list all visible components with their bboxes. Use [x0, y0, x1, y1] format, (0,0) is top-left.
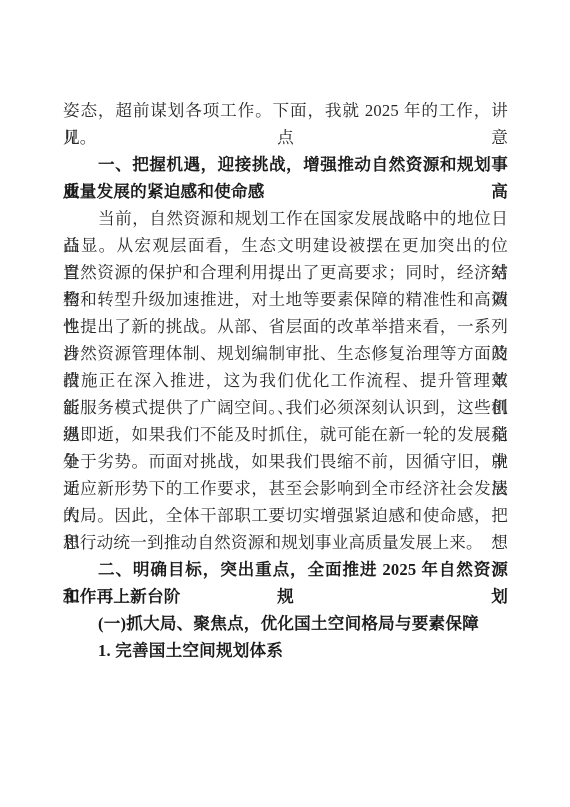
- heading-line: 一、把握机遇，迎接挑战，增强推动自然资源和规划事业高: [63, 151, 508, 178]
- heading-line: 二、明确目标，突出重点，全面推进 2025 年自然资源和规划: [63, 556, 508, 583]
- text-line: 适应新形势下的工作要求，甚至会影响到全市经济社会发展的: [63, 475, 508, 502]
- text-line: 当前，自然资源和规划工作在国家发展战略中的地位日益: [63, 205, 508, 232]
- text-line: 自然资源管理体制、规划编制审批、生态修复治理等方面的改革: [63, 340, 508, 367]
- text-line: 整和转型升级加速推进，对土地等要素保障的精准性和高效性: [63, 286, 508, 313]
- text-line: 自然资源的保护和合理利用提出了更高要求；同时，经济结构调: [63, 259, 508, 286]
- text-line: 措施正在深入推进，这为我们优化工作流程、提升管理效能、创: [63, 367, 508, 394]
- text-line: 姿态，超前谋划各项工作。下面，我就 2025 年的工作，讲几点意: [63, 97, 508, 124]
- text-line: 和行动统一到推动自然资源和规划事业高质量发展上来。: [63, 529, 508, 556]
- document-page: 姿态，超前谋划各项工作。下面，我就 2025 年的工作，讲几点意 见。 一、把握…: [0, 0, 570, 807]
- text-line: 大局。因此，全体干部职工要切实增强紧迫感和使命感，把思想: [63, 502, 508, 529]
- heading-line: 1. 完善国土空间规划体系: [63, 637, 508, 664]
- text-line: 凸显。从宏观层面看，生态文明建设被摆在更加突出的位置，对: [63, 232, 508, 259]
- text-line: 纵即逝，如果我们不能及时抓住，就可能在新一轮的发展竞争中: [63, 421, 508, 448]
- text-line: 也提出了新的挑战。从部、省层面的改革举措来看，一系列涉及: [63, 313, 508, 340]
- text-line: 处于劣势。而面对挑战，如果我们畏缩不前，因循守旧，就无法: [63, 448, 508, 475]
- heading-line: (一)抓大局、聚焦点，优化国土空间格局与要素保障: [63, 610, 508, 637]
- document-text-block: 姿态，超前谋划各项工作。下面，我就 2025 年的工作，讲几点意 见。 一、把握…: [63, 97, 508, 664]
- text-line: 新服务模式提供了广阔空间。我们必须深刻认识到，这些机遇稍: [63, 394, 508, 421]
